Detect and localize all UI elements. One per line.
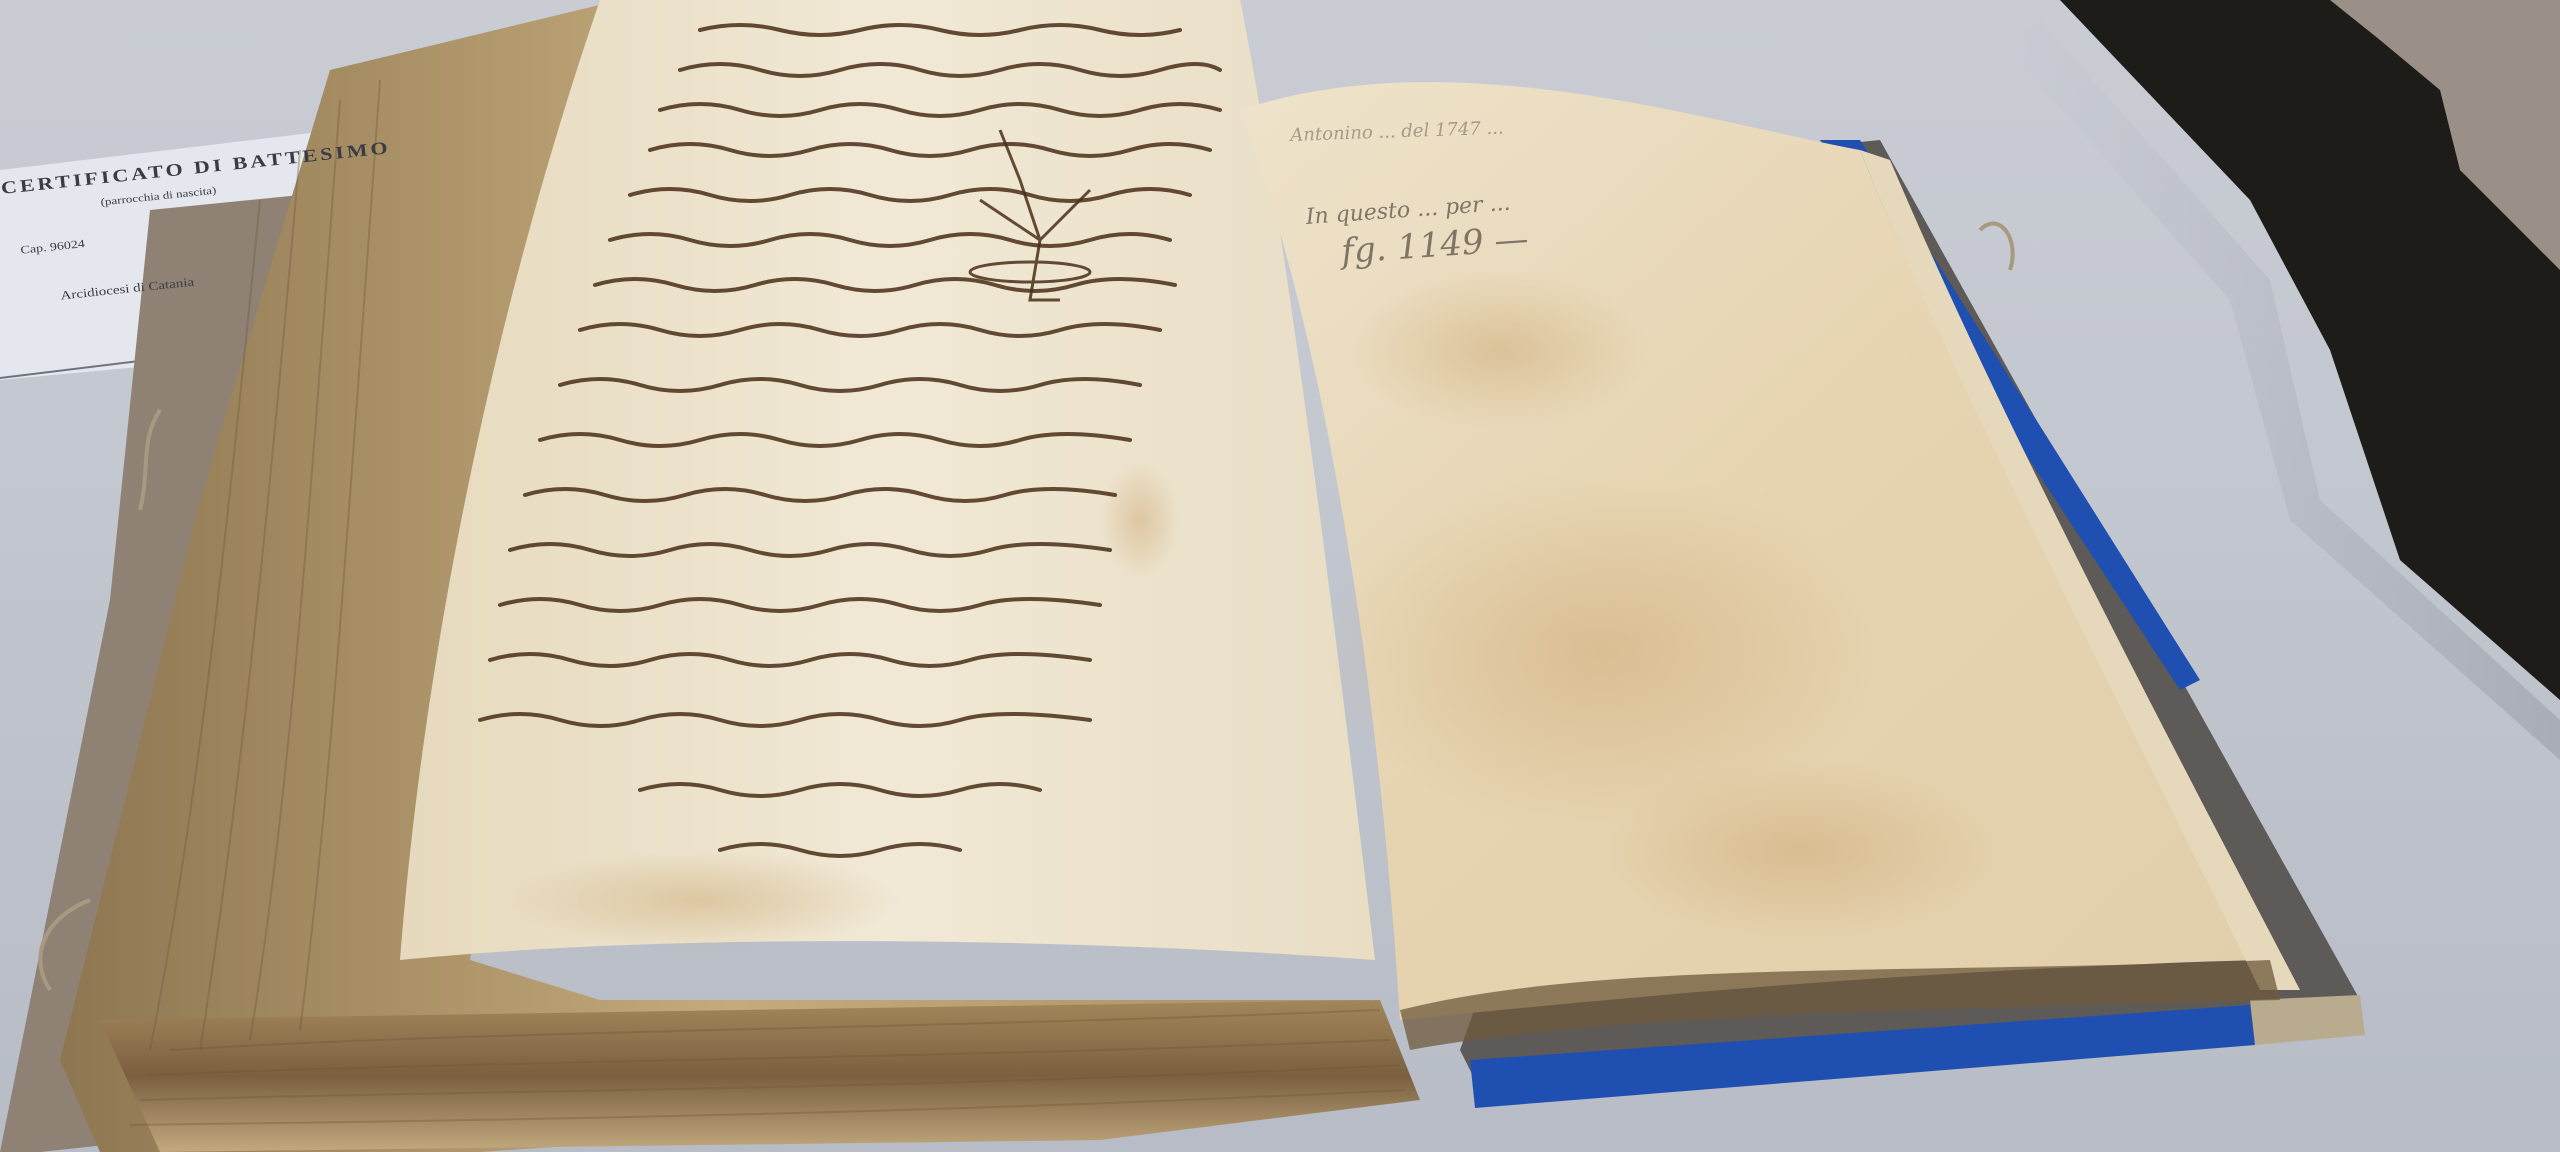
book-illustration [0, 0, 2560, 1152]
photo-scene: CERTIFICATO DI BATTESIMO (parrocchia di … [0, 0, 2560, 1152]
